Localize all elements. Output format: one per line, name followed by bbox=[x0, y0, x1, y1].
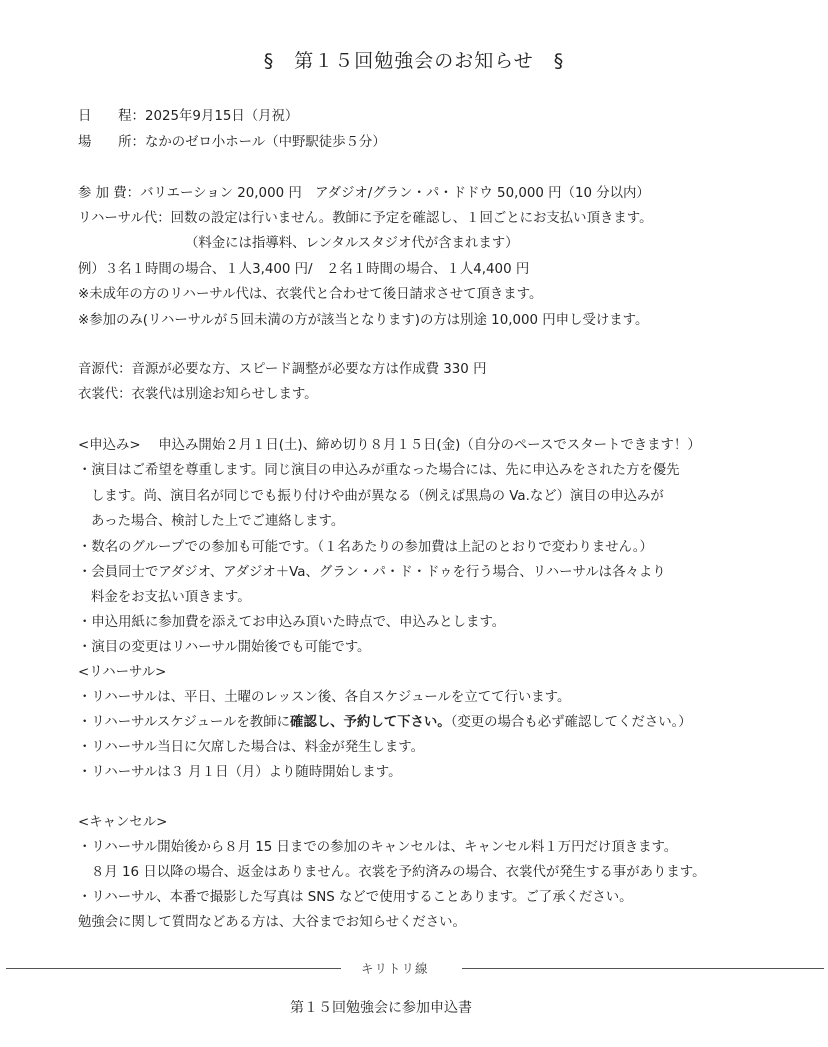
rehearsal-confirm-emphasis: 確認し、予約して下さい。 bbox=[290, 715, 451, 730]
rehearsal-fee-note: （料金には指導料、レンタルスタジオ代が含まれます） bbox=[185, 235, 519, 253]
application-item: ・数名のグループでの参加も可能です。（１名あたりの参加費は上記のとおりで変わりま… bbox=[78, 539, 653, 557]
cut-line-label: キリトリ線 bbox=[361, 959, 429, 977]
application-item: します。尚、演目名が同じでも振り付けや曲が異なる（例えば黒鳥の Va.など）演目… bbox=[78, 488, 664, 506]
application-item: ・演目はご希望を尊重します。同じ演目の申込みが重なった場合には、先に申込みをされ… bbox=[78, 462, 680, 480]
rehearsal-item: ・リハーサル当日に欠席した場合は、料金が発生します。 bbox=[78, 739, 424, 757]
participation-only-note: ※参加のみ(リハーサルが５回未満の方が該当となります)の方は別途 10,000 … bbox=[78, 312, 648, 330]
rehearsal-confirm-prefix: ・リハーサルスケジュールを教師に bbox=[78, 715, 290, 730]
minor-note: ※未成年の方のリハーサル代は、衣裳代と合わせて後日請求させて頂きます。 bbox=[78, 286, 542, 304]
venue-line: 場 所：なかのゼロ小ホール（中野駅徒歩５分） bbox=[78, 134, 386, 152]
cut-line-left bbox=[6, 968, 341, 969]
application-item: ・会員同士でアダジオ、アダジオ＋Va、グラン・パ・ド・ドゥを行う場合、リハーサル… bbox=[78, 564, 666, 582]
contact-note: 勉強会に関して質問などある方は、大谷までお知らせください。 bbox=[78, 914, 466, 932]
notice-title: § 第１５回勉強会のお知らせ § bbox=[0, 46, 828, 73]
rehearsal-confirm-item: ・リハーサルスケジュールを教師に確認し、予約して下さい。（変更の場合も必ず確認し… bbox=[78, 714, 692, 732]
participation-fee: 参 加 費：バリエーション 20,000 円 アダジオ/グラン・パ・ドドウ 50… bbox=[78, 185, 650, 203]
cut-line: キリトリ線 bbox=[6, 968, 824, 969]
application-item: ・演目の変更はリハーサル開始後でも可能です。 bbox=[78, 639, 370, 657]
rehearsal-confirm-suffix: （変更の場合も必ず確認してください。） bbox=[451, 715, 692, 730]
cut-line-right bbox=[462, 968, 824, 969]
rehearsal-header: <リハーサル> bbox=[78, 664, 166, 682]
music-fee: 音源代：音源が必要な方、スピード調整が必要な方は作成費 330 円 bbox=[78, 361, 486, 379]
rehearsal-item: ・リハーサルは３ 月１日（月）より随時開始します。 bbox=[78, 764, 402, 782]
rehearsal-item: ・リハーサルは、平日、土曜のレッスン後、各自スケジュールを立てて行います。 bbox=[78, 689, 570, 707]
cancel-header: <キャンセル> bbox=[78, 814, 167, 832]
cancel-item: ・リハーサル、本番で撮影した写真は SNS などで使用することあります。ご了承く… bbox=[78, 889, 633, 907]
application-item: 料金をお支払い頂きます。 bbox=[78, 589, 251, 607]
cancel-item: ・リハーサル開始後から８月 15 日までの参加のキャンセルは、キャンセル料１万円… bbox=[78, 839, 677, 857]
application-item: あった場合、検討した上でご連絡します。 bbox=[78, 513, 344, 531]
fee-example: 例）３名１時間の場合、１人3,400 円/ ２名１時間の場合、１人4,400 円 bbox=[78, 261, 529, 279]
rehearsal-fee: リハーサル代：回数の設定は行いません。教師に予定を確認し、１回ごとにお支払い頂き… bbox=[78, 210, 652, 228]
date-line: 日 程：2025年9月15日（月祝） bbox=[78, 108, 298, 126]
costume-fee: 衣裳代：衣裳代は別途お知らせします。 bbox=[78, 386, 318, 404]
form-title: 第１５回勉強会に参加申込書 bbox=[0, 997, 762, 1017]
cancel-item: ８月 16 日以降の場合、返金はありません。衣裳を予約済みの場合、衣裳代が発生す… bbox=[78, 864, 705, 882]
application-item: ・申込用紙に参加費を添えてお申込み頂いた時点で、申込みとします。 bbox=[78, 614, 505, 632]
application-header: <申込み> 申込み開始２月１日(土)、締め切り８月１５日(金)（自分のペースでス… bbox=[78, 437, 701, 455]
